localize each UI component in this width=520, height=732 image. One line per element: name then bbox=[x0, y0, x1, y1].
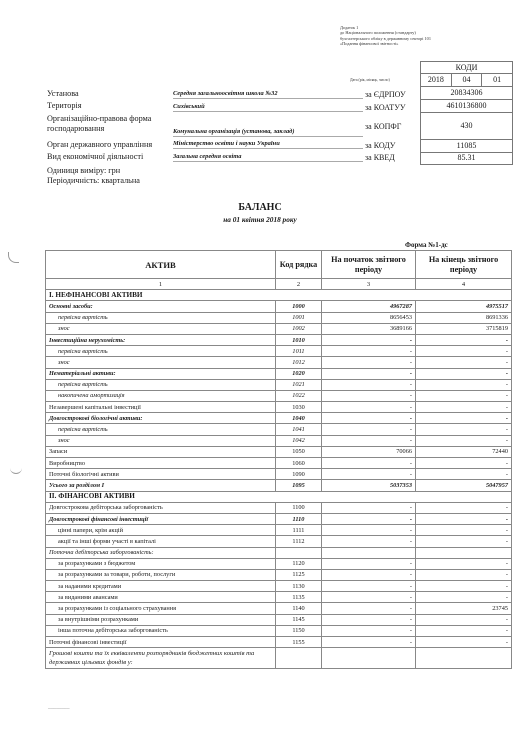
table-row: за внутрішніми розрахунками1145-- bbox=[46, 614, 512, 625]
row-label: Запаси bbox=[46, 446, 276, 457]
value-period-end: - bbox=[416, 458, 512, 469]
row-label: Поточні фінансові інвестиції bbox=[46, 637, 276, 648]
table-row: інша поточна дебіторська заборгованість1… bbox=[46, 625, 512, 636]
value-period-start: 3689166 bbox=[322, 323, 416, 334]
info-label-legal-form: Організаційно-правова форма господарюван… bbox=[47, 114, 167, 134]
table-row: цінні папери, крім акцій1111-- bbox=[46, 525, 512, 536]
info-label-authority: Орган державного управління bbox=[47, 140, 152, 150]
row-label: за розрахунками за товари, роботи, послу… bbox=[46, 569, 276, 580]
value-period-start: - bbox=[322, 614, 416, 625]
value-period-end: - bbox=[416, 614, 512, 625]
section-title: ІІ. ФІНАНСОВІ АКТИВИ bbox=[46, 491, 512, 502]
value-period-end: - bbox=[416, 525, 512, 536]
table-row: накопичена амортизація1022-- bbox=[46, 390, 512, 401]
code-value-kved: 85.31 bbox=[420, 152, 513, 165]
row-label: накопичена амортизація bbox=[46, 390, 276, 401]
column-number: 4 bbox=[416, 279, 512, 290]
value-period-start: - bbox=[322, 368, 416, 379]
value-period-start: - bbox=[322, 558, 416, 569]
value-period-end: - bbox=[416, 390, 512, 401]
row-code: 1111 bbox=[276, 525, 322, 536]
info-value-territory: Сихівський bbox=[173, 103, 363, 112]
row-code: 1030 bbox=[276, 402, 322, 413]
row-label: Поточні біологічні активи bbox=[46, 469, 276, 480]
value-period-start: - bbox=[322, 469, 416, 480]
column-number: 1 bbox=[46, 279, 276, 290]
value-period-end: 72440 bbox=[416, 446, 512, 457]
value-period-end: 3715819 bbox=[416, 323, 512, 334]
info-value-authority: Міністерство освіти і науки України bbox=[173, 140, 363, 149]
value-period-start: 70066 bbox=[322, 446, 416, 457]
document-date: на 01 квітня 2018 року bbox=[0, 215, 520, 224]
value-period-start: - bbox=[322, 424, 416, 435]
value-period-end: - bbox=[416, 346, 512, 357]
row-label: Довгострокові біологічні активи: bbox=[46, 413, 276, 424]
row-label: первісна вартість bbox=[46, 346, 276, 357]
row-label: за розрахунками з бюджетом bbox=[46, 558, 276, 569]
table-row: Виробництво1060-- bbox=[46, 458, 512, 469]
table-row: Інвестиційна нерухомість:1010-- bbox=[46, 334, 512, 345]
header-period-end: На кінець звітного періоду bbox=[416, 251, 512, 279]
unit-of-measure: Одиниця виміру: грн bbox=[47, 166, 120, 176]
table-row: знос1012-- bbox=[46, 357, 512, 368]
row-label: Виробництво bbox=[46, 458, 276, 469]
value-period-start: - bbox=[322, 413, 416, 424]
date-month: 04 bbox=[452, 73, 483, 86]
row-label: Нематеріальні активи: bbox=[46, 368, 276, 379]
value-period-end bbox=[416, 547, 512, 558]
date-codes: 2018 04 01 bbox=[420, 73, 513, 87]
section-title: І. НЕФІНАНСОВІ АКТИВИ bbox=[46, 290, 512, 301]
row-code: 1090 bbox=[276, 469, 322, 480]
table-row: за наданими кредитами1130-- bbox=[46, 581, 512, 592]
table-row: Грошові кошти та їх еквіваленти розпоряд… bbox=[46, 648, 512, 669]
info-value-institution: Середня загальноосвітня школа №32 bbox=[173, 90, 363, 99]
row-label: Довгострокова дебіторська заборгованість bbox=[46, 502, 276, 513]
value-period-end: - bbox=[416, 637, 512, 648]
table-row: Довгострокова дебіторська заборгованість… bbox=[46, 502, 512, 513]
value-period-start: - bbox=[322, 402, 416, 413]
row-code: 1020 bbox=[276, 368, 322, 379]
value-period-end bbox=[416, 648, 512, 669]
row-code: 1095 bbox=[276, 480, 322, 491]
code-value-edrpou: 20834306 bbox=[420, 86, 513, 100]
value-period-end: - bbox=[416, 502, 512, 513]
row-label: знос bbox=[46, 323, 276, 334]
row-code: 1040 bbox=[276, 413, 322, 424]
row-label: цінні папери, крім акцій bbox=[46, 525, 276, 536]
table-row: первісна вартість1011-- bbox=[46, 346, 512, 357]
table-row: за розрахунками за товари, роботи, послу… bbox=[46, 569, 512, 580]
row-code: 1050 bbox=[276, 446, 322, 457]
row-code: 1155 bbox=[276, 637, 322, 648]
row-label: Грошові кошти та їх еквіваленти розпоряд… bbox=[46, 648, 276, 669]
value-period-start: 4967287 bbox=[322, 301, 416, 312]
code-label-kodu: за КОДУ bbox=[365, 141, 395, 150]
row-code: 1012 bbox=[276, 357, 322, 368]
row-label: первісна вартість bbox=[46, 424, 276, 435]
table-row: Запаси10507006672440 bbox=[46, 446, 512, 457]
annex-note: Додаток 1 до Національного положення (ст… bbox=[340, 25, 510, 47]
value-period-start: - bbox=[322, 525, 416, 536]
row-label: Усього за розділом І bbox=[46, 480, 276, 491]
table-header-row: АКТИВ Код рядка На початок звітного пері… bbox=[46, 251, 512, 279]
row-label: Поточна дебіторська заборгованість: bbox=[46, 547, 276, 558]
row-label: акції та інші форми участі в капіталі bbox=[46, 536, 276, 547]
value-period-end: - bbox=[416, 435, 512, 446]
value-period-end: - bbox=[416, 413, 512, 424]
value-period-start: - bbox=[322, 357, 416, 368]
value-period-start: - bbox=[322, 513, 416, 524]
punch-hole-mark bbox=[8, 252, 19, 263]
header-period-start: На початок звітного періоду bbox=[322, 251, 416, 279]
row-code: 1125 bbox=[276, 569, 322, 580]
code-value-kopfg: 430 bbox=[420, 112, 513, 140]
date-label: Дата (рік, місяць, число) bbox=[350, 78, 390, 82]
table-row: первісна вартість1041-- bbox=[46, 424, 512, 435]
periodicity: Періодичність: квартальна bbox=[47, 176, 140, 186]
value-period-start: - bbox=[322, 592, 416, 603]
value-period-start: - bbox=[322, 379, 416, 390]
value-period-start: - bbox=[322, 625, 416, 636]
row-code: 1120 bbox=[276, 558, 322, 569]
value-period-end: - bbox=[416, 625, 512, 636]
row-code: 1100 bbox=[276, 502, 322, 513]
date-day: 01 bbox=[482, 73, 512, 86]
row-code: 1112 bbox=[276, 536, 322, 547]
value-period-start: - bbox=[322, 581, 416, 592]
info-value-activity: Загальна середня освіта bbox=[173, 153, 363, 162]
section-row: І. НЕФІНАНСОВІ АКТИВИ bbox=[46, 290, 512, 301]
form-number: Форма №1-дс bbox=[405, 241, 448, 249]
column-number-row: 1 2 3 4 bbox=[46, 279, 512, 290]
value-period-end: 23745 bbox=[416, 603, 512, 614]
value-period-end: - bbox=[416, 581, 512, 592]
row-label: знос bbox=[46, 435, 276, 446]
value-period-start: - bbox=[322, 637, 416, 648]
value-period-end: - bbox=[416, 513, 512, 524]
table-row: Нематеріальні активи:1020-- bbox=[46, 368, 512, 379]
value-period-end: 4975517 bbox=[416, 301, 512, 312]
value-period-end: - bbox=[416, 368, 512, 379]
row-label: первісна вартість bbox=[46, 379, 276, 390]
value-period-start bbox=[322, 648, 416, 669]
value-period-start: - bbox=[322, 435, 416, 446]
row-label: Довгострокові фінансові інвестиції bbox=[46, 513, 276, 524]
value-period-start: - bbox=[322, 458, 416, 469]
row-code: 1135 bbox=[276, 592, 322, 603]
row-label: знос bbox=[46, 357, 276, 368]
table-row: Довгострокові біологічні активи:1040-- bbox=[46, 413, 512, 424]
table-row: за розрахунками із соціального страхуван… bbox=[46, 603, 512, 614]
value-period-start: - bbox=[322, 502, 416, 513]
table-row: Поточна дебіторська заборгованість: bbox=[46, 547, 512, 558]
value-period-start: - bbox=[322, 569, 416, 580]
info-label-activity: Вид економічної діяльності bbox=[47, 152, 143, 162]
info-label-institution: Установа bbox=[47, 89, 79, 99]
row-label: за наданими кредитами bbox=[46, 581, 276, 592]
table-row: знос1042-- bbox=[46, 435, 512, 446]
code-label-koatuu: за КОАТУУ bbox=[365, 103, 406, 112]
row-label: Основні засоби: bbox=[46, 301, 276, 312]
value-period-start: - bbox=[322, 390, 416, 401]
value-period-end: - bbox=[416, 334, 512, 345]
table-row: первісна вартість1021-- bbox=[46, 379, 512, 390]
document-title: БАЛАНС bbox=[0, 202, 520, 213]
header-row-code: Код рядка bbox=[276, 251, 322, 279]
row-label: первісна вартість bbox=[46, 312, 276, 323]
value-period-end: - bbox=[416, 558, 512, 569]
value-period-end: - bbox=[416, 402, 512, 413]
row-code bbox=[276, 648, 322, 669]
value-period-start: 5037353 bbox=[322, 480, 416, 491]
table-row: Довгострокові фінансові інвестиції1110-- bbox=[46, 513, 512, 524]
code-label-edrpou: за ЄДРПОУ bbox=[365, 90, 406, 99]
row-code: 1041 bbox=[276, 424, 322, 435]
row-code: 1001 bbox=[276, 312, 322, 323]
header-asset: АКТИВ bbox=[46, 251, 276, 279]
row-code: 1000 bbox=[276, 301, 322, 312]
table-row: за виданими авансами1135-- bbox=[46, 592, 512, 603]
row-code bbox=[276, 547, 322, 558]
code-value-koatuu: 4610136800 bbox=[420, 99, 513, 113]
table-row: Усього за розділом І109550373535047957 bbox=[46, 480, 512, 491]
value-period-end: 8691336 bbox=[416, 312, 512, 323]
code-label-kopfg: за КОПФГ bbox=[365, 122, 401, 131]
value-period-end: - bbox=[416, 469, 512, 480]
table-body: І. НЕФІНАНСОВІ АКТИВИОсновні засоби:1000… bbox=[46, 290, 512, 669]
value-period-start: - bbox=[322, 334, 416, 345]
info-label-territory: Територія bbox=[47, 101, 82, 111]
value-period-end: - bbox=[416, 379, 512, 390]
table-row: акції та інші форми участі в капіталі111… bbox=[46, 536, 512, 547]
value-period-end: - bbox=[416, 536, 512, 547]
table-row: Основні засоби:100049672874975517 bbox=[46, 301, 512, 312]
table-row: Незавершені капітальні інвестиції1030-- bbox=[46, 402, 512, 413]
value-period-start: - bbox=[322, 603, 416, 614]
value-period-start: - bbox=[322, 346, 416, 357]
value-period-start: - bbox=[322, 536, 416, 547]
row-label: Незавершені капітальні інвестиції bbox=[46, 402, 276, 413]
row-code: 1145 bbox=[276, 614, 322, 625]
row-code: 1002 bbox=[276, 323, 322, 334]
table-row: Поточні фінансові інвестиції1155-- bbox=[46, 637, 512, 648]
column-number: 3 bbox=[322, 279, 416, 290]
row-label: за внутрішніми розрахунками bbox=[46, 614, 276, 625]
table-row: Поточні біологічні активи1090-- bbox=[46, 469, 512, 480]
code-value-kodu: 11085 bbox=[420, 139, 513, 153]
table-row: за розрахунками з бюджетом1120-- bbox=[46, 558, 512, 569]
row-label: Інвестиційна нерухомість: bbox=[46, 334, 276, 345]
row-code: 1011 bbox=[276, 346, 322, 357]
row-code: 1140 bbox=[276, 603, 322, 614]
balance-table: АКТИВ Код рядка На початок звітного пері… bbox=[45, 250, 512, 669]
row-code: 1010 bbox=[276, 334, 322, 345]
row-code: 1130 bbox=[276, 581, 322, 592]
row-label: за виданими авансами bbox=[46, 592, 276, 603]
value-period-end: - bbox=[416, 569, 512, 580]
value-period-start bbox=[322, 547, 416, 558]
row-code: 1150 bbox=[276, 625, 322, 636]
code-label-kved: за КВЕД bbox=[365, 153, 395, 162]
value-period-end: - bbox=[416, 357, 512, 368]
date-year: 2018 bbox=[421, 73, 452, 86]
scan-footer-mark: ▁▁▁▁▁▁▁▁ bbox=[48, 705, 70, 709]
value-period-end: - bbox=[416, 424, 512, 435]
value-period-end: - bbox=[416, 592, 512, 603]
table-row: знос100236891663715819 bbox=[46, 323, 512, 334]
row-code: 1110 bbox=[276, 513, 322, 524]
row-code: 1060 bbox=[276, 458, 322, 469]
value-period-end: 5047957 bbox=[416, 480, 512, 491]
section-row: ІІ. ФІНАНСОВІ АКТИВИ bbox=[46, 491, 512, 502]
value-period-start: 8656453 bbox=[322, 312, 416, 323]
row-label: за розрахунками із соціального страхуван… bbox=[46, 603, 276, 614]
row-label: інша поточна дебіторська заборгованість bbox=[46, 625, 276, 636]
row-code: 1042 bbox=[276, 435, 322, 446]
row-code: 1022 bbox=[276, 390, 322, 401]
table-row: первісна вартість100186564538691336 bbox=[46, 312, 512, 323]
annex-line: «Подання фінансової звітності» bbox=[340, 41, 510, 46]
column-number: 2 bbox=[276, 279, 322, 290]
row-code: 1021 bbox=[276, 379, 322, 390]
punch-hole-mark bbox=[10, 467, 22, 474]
info-value-legal-form: Комунальна організація (установа, заклад… bbox=[173, 128, 363, 137]
